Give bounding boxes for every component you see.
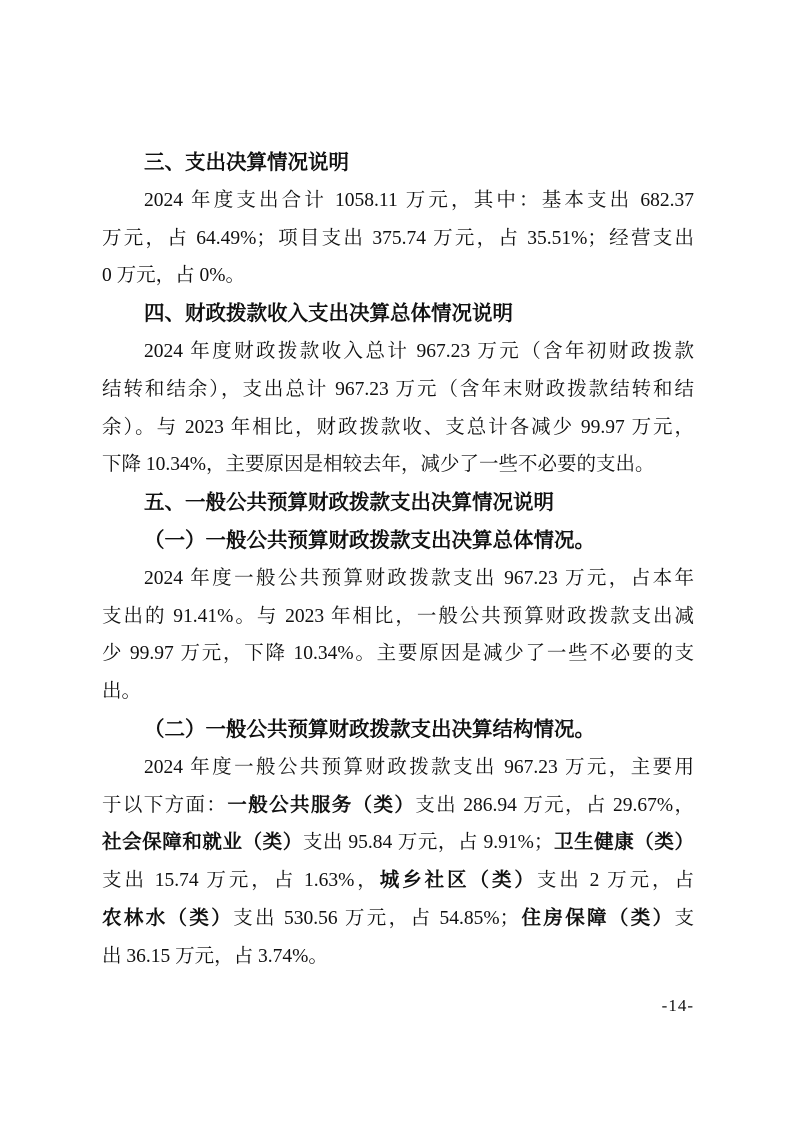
paragraph-line: 社会保障和就业（类）支出 95.84 万元，占 9.91%；卫生健康（类） [102, 824, 694, 862]
section-heading-general-budget: 五、一般公共预算财政拨款支出决算情况说明 [102, 484, 694, 522]
page-number: -14- [102, 994, 694, 1018]
paragraph-line: 万元，占 64.49%；项目支出 375.74 万元，占 35.51%；经营支出 [102, 220, 694, 258]
paragraph-line: 2024 年度一般公共预算财政拨款支出 967.23 万元，主要用 [102, 749, 694, 787]
document-body: 三、支出决算情况说明 2024 年度支出合计 1058.11 万元，其中：基本支… [0, 0, 793, 1018]
paragraph-line: 0 万元，占 0%。 [102, 257, 694, 295]
paragraph-line: 于以下方面：一般公共服务（类）支出 286.94 万元，占 29.67%， [102, 787, 694, 825]
category-name-agriculture-forestry-water: 农林水（类） [102, 907, 233, 929]
subsection-heading-structure: （二）一般公共预算财政拨款支出决算结构情况。 [102, 711, 694, 749]
section-heading-fiscal-appropriation: 四、财政拨款收入支出决算总体情况说明 [102, 295, 694, 333]
paragraph-line: 出。 [102, 673, 694, 711]
text-segment: 支出 15.74 万元，占 1.63%， [102, 870, 380, 891]
category-name-social-security-employment: 社会保障和就业（类） [102, 831, 303, 853]
text-segment: 于以下方面： [102, 795, 227, 816]
paragraph-line: 支出的 91.41%。与 2023 年相比，一般公共预算财政拨款支出减 [102, 598, 694, 636]
paragraph-line: 2024 年度一般公共预算财政拨款支出 967.23 万元，占本年 [102, 560, 694, 598]
paragraph-line: 下降 10.34%，主要原因是相较去年，减少了一些不必要的支出。 [102, 446, 694, 484]
paragraph-line: 2024 年度支出合计 1058.11 万元，其中：基本支出 682.37 [102, 182, 694, 220]
category-name-general-public-services: 一般公共服务（类） [227, 794, 415, 816]
category-name-health: 卫生健康（类） [553, 831, 694, 853]
paragraph-line: 出 36.15 万元，占 3.74%。 [102, 938, 694, 976]
text-segment: 支出 95.84 万元，占 9.91%； [303, 832, 554, 853]
paragraph-line: 结转和结余），支出总计 967.23 万元（含年末财政拨款结转和结 [102, 371, 694, 409]
category-name-urban-rural-community: 城乡社区（类） [380, 869, 537, 891]
document-page: 三、支出决算情况说明 2024 年度支出合计 1058.11 万元，其中：基本支… [0, 0, 793, 1122]
paragraph-line: 支出 15.74 万元，占 1.63%，城乡社区（类）支出 2 万元，占 0.2… [102, 862, 694, 900]
text-segment: 支出 286.94 万元，占 29.67%， [415, 795, 694, 816]
category-name-housing-security: 住房保障（类） [519, 907, 674, 929]
paragraph-line: 余）。与 2023 年相比，财政拨款收、支总计各减少 99.97 万元， [102, 409, 694, 447]
paragraph-line: 2024 年度财政拨款收入总计 967.23 万元（含年初财政拨款 [102, 333, 694, 371]
text-segment: 支出 530.56 万元，占 54.85%； [233, 908, 519, 929]
subsection-heading-overall: （一）一般公共预算财政拨款支出决算总体情况。 [102, 522, 694, 560]
section-heading-expenditure: 三、支出决算情况说明 [102, 144, 694, 182]
paragraph-line: 少 99.97 万元，下降 10.34%。主要原因是减少了一些不必要的支 [102, 635, 694, 673]
paragraph-line: 农林水（类）支出 530.56 万元，占 54.85%；住房保障（类）支 [102, 900, 694, 938]
text-segment: 支 [674, 908, 694, 929]
